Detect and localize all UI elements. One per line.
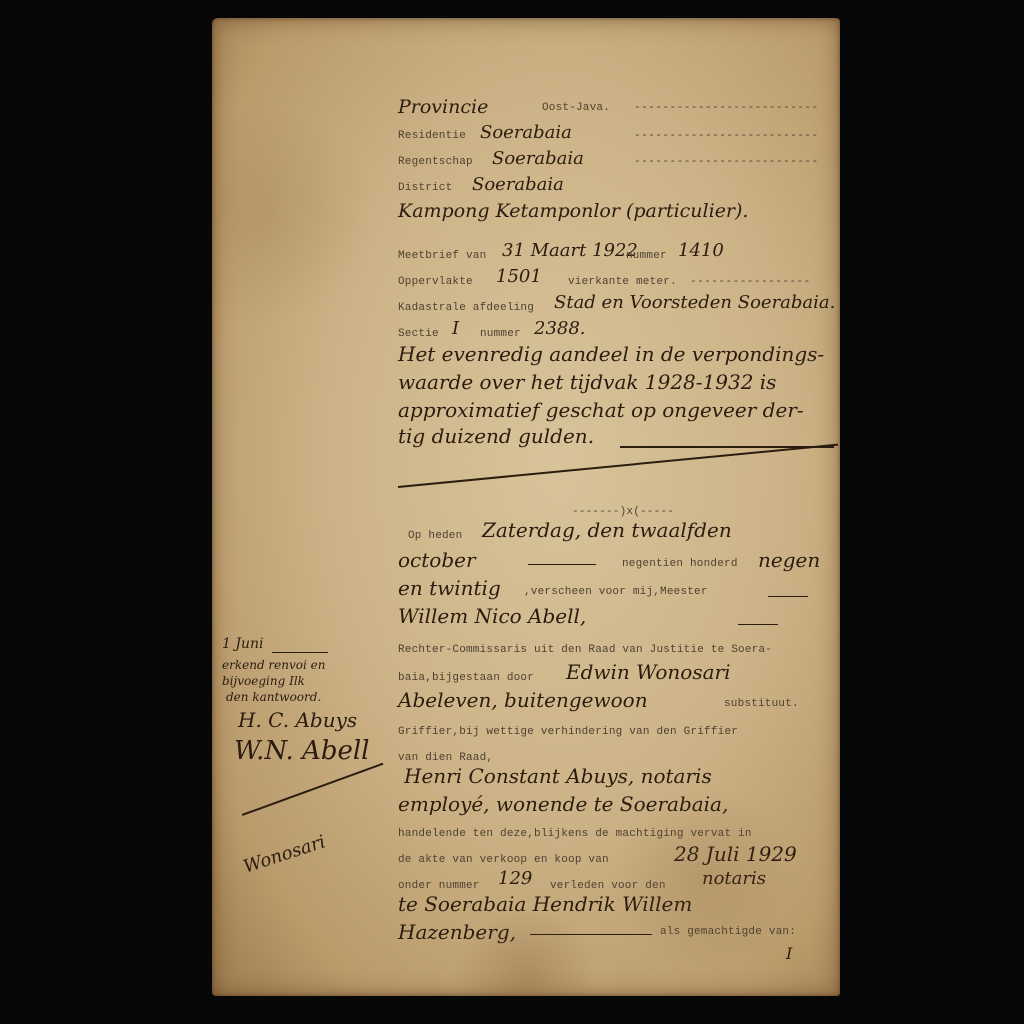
kadastrale-value: Stad en Voorsteden Soerabaia. — [554, 292, 835, 313]
signature-stroke — [242, 763, 383, 816]
fill-line — [530, 934, 652, 935]
sectie-value: I — [452, 318, 459, 339]
deed-typed: substituut. — [724, 698, 799, 710]
notary-title: notaris — [702, 868, 766, 889]
residentie-value: Soerabaia — [480, 122, 572, 143]
district-label: District — [398, 182, 452, 194]
note-line-4: tig duizend gulden. — [398, 424, 594, 448]
appearer-name: Henri Constant Abuys, notaris — [404, 764, 712, 788]
substitute-name-cont: Abeleven, buitengewoon — [398, 688, 648, 712]
regentschap-value: Soerabaia — [492, 148, 584, 169]
oppervlakte-label: Oppervlakte — [398, 276, 473, 288]
deed-date-day: Zaterdag, den twaalfden — [482, 518, 732, 542]
note-line-3: approximatief geschat op ongeveer der- — [398, 398, 804, 422]
deed-typed: de akte van verkoop en koop van — [398, 854, 609, 866]
commissioner-name: Willem Nico Abell, — [398, 604, 586, 628]
sectie-nummer: 2388. — [534, 318, 586, 339]
meetbrief-label: Meetbrief van — [398, 250, 486, 262]
residentie-label: Residentie — [398, 130, 466, 142]
note-line-2: waarde over het tijdvak 1928-1932 is — [398, 370, 776, 394]
meetbrief-date: 31 Maart 1922 — [502, 240, 638, 261]
provincie-label: Provincie — [398, 96, 488, 118]
dashes: -------------------------- — [634, 102, 819, 114]
fill-line — [738, 624, 778, 625]
notary-name-cont: Hazenberg, — [398, 920, 516, 944]
margin-note-line: erkend renvoi en — [222, 658, 326, 672]
fill-line — [528, 564, 596, 565]
signature-abell: W.N. Abell — [234, 736, 370, 766]
deed-typed: als gemachtigde van: — [660, 926, 796, 938]
deed-date-month: october — [398, 548, 476, 572]
fill-line — [272, 652, 328, 653]
fill-line — [768, 596, 808, 597]
margin-date: 1 Juni — [222, 636, 263, 652]
margin-note-line: den kantwoord. — [226, 690, 321, 704]
meetbrief-nummer-label: nummer — [626, 250, 667, 262]
deed-number: 129 — [498, 868, 532, 889]
signature-wonosari: Wonosari — [241, 831, 328, 877]
signature-abuys: H. C. Abuys — [238, 708, 357, 732]
deed-typed: handelende ten deze,blijkens de machtigi… — [398, 828, 752, 840]
page-mark: I — [786, 944, 792, 963]
deed-date-year: negen — [758, 548, 820, 572]
strike-line — [398, 444, 838, 488]
kadastrale-label: Kadastrale afdeeling — [398, 302, 534, 314]
oppervlakte-unit: vierkante meter. — [568, 276, 677, 288]
dashes: -------------------------- — [634, 130, 819, 142]
document-page: Provincie Oost-Java. -------------------… — [212, 18, 840, 996]
provincie-value: Oost-Java. — [542, 102, 610, 114]
district-value: Soerabaia — [472, 174, 564, 195]
deed-typed: onder nummer — [398, 880, 480, 892]
deed-typed: verleden voor den — [550, 880, 666, 892]
sectie-nummer-label: nummer — [480, 328, 521, 340]
note-line-1: Het evenredig aandeel in de verpondings- — [398, 342, 824, 366]
dashes: -------------------------- — [634, 156, 819, 168]
sale-date: 28 Juli 1929 — [674, 842, 797, 866]
deed-typed: Rechter-Commissaris uit den Raad van Jus… — [398, 644, 772, 656]
deed-typed: van dien Raad, — [398, 752, 493, 764]
deed-typed: Griffier,bij wettige verhindering van de… — [398, 726, 738, 738]
kampong-value: Kampong Ketamponlor (particulier). — [398, 200, 748, 222]
deed-typed: Op heden — [408, 530, 462, 542]
deed-typed: negentien honderd — [622, 558, 738, 570]
deed-typed: baia,bijgestaan door — [398, 672, 534, 684]
regentschap-label: Regentschap — [398, 156, 473, 168]
meetbrief-nummer: 1410 — [678, 240, 724, 261]
appearer-residence: employé, wonende te Soerabaia, — [398, 792, 728, 816]
sectie-label: Sectie — [398, 328, 439, 340]
margin-note-line: bijvoeging Ilk — [222, 674, 305, 688]
substitute-name: Edwin Wonosari — [566, 660, 730, 684]
oppervlakte-value: 1501 — [496, 266, 542, 287]
separator: -------)x(----- — [572, 506, 674, 518]
deed-date-year-cont: en twintig — [398, 576, 501, 600]
deed-typed: ,verscheen voor mij,Meester — [524, 586, 708, 598]
dashes: ----------------- — [690, 276, 811, 288]
notary-name: te Soerabaia Hendrik Willem — [398, 892, 692, 916]
